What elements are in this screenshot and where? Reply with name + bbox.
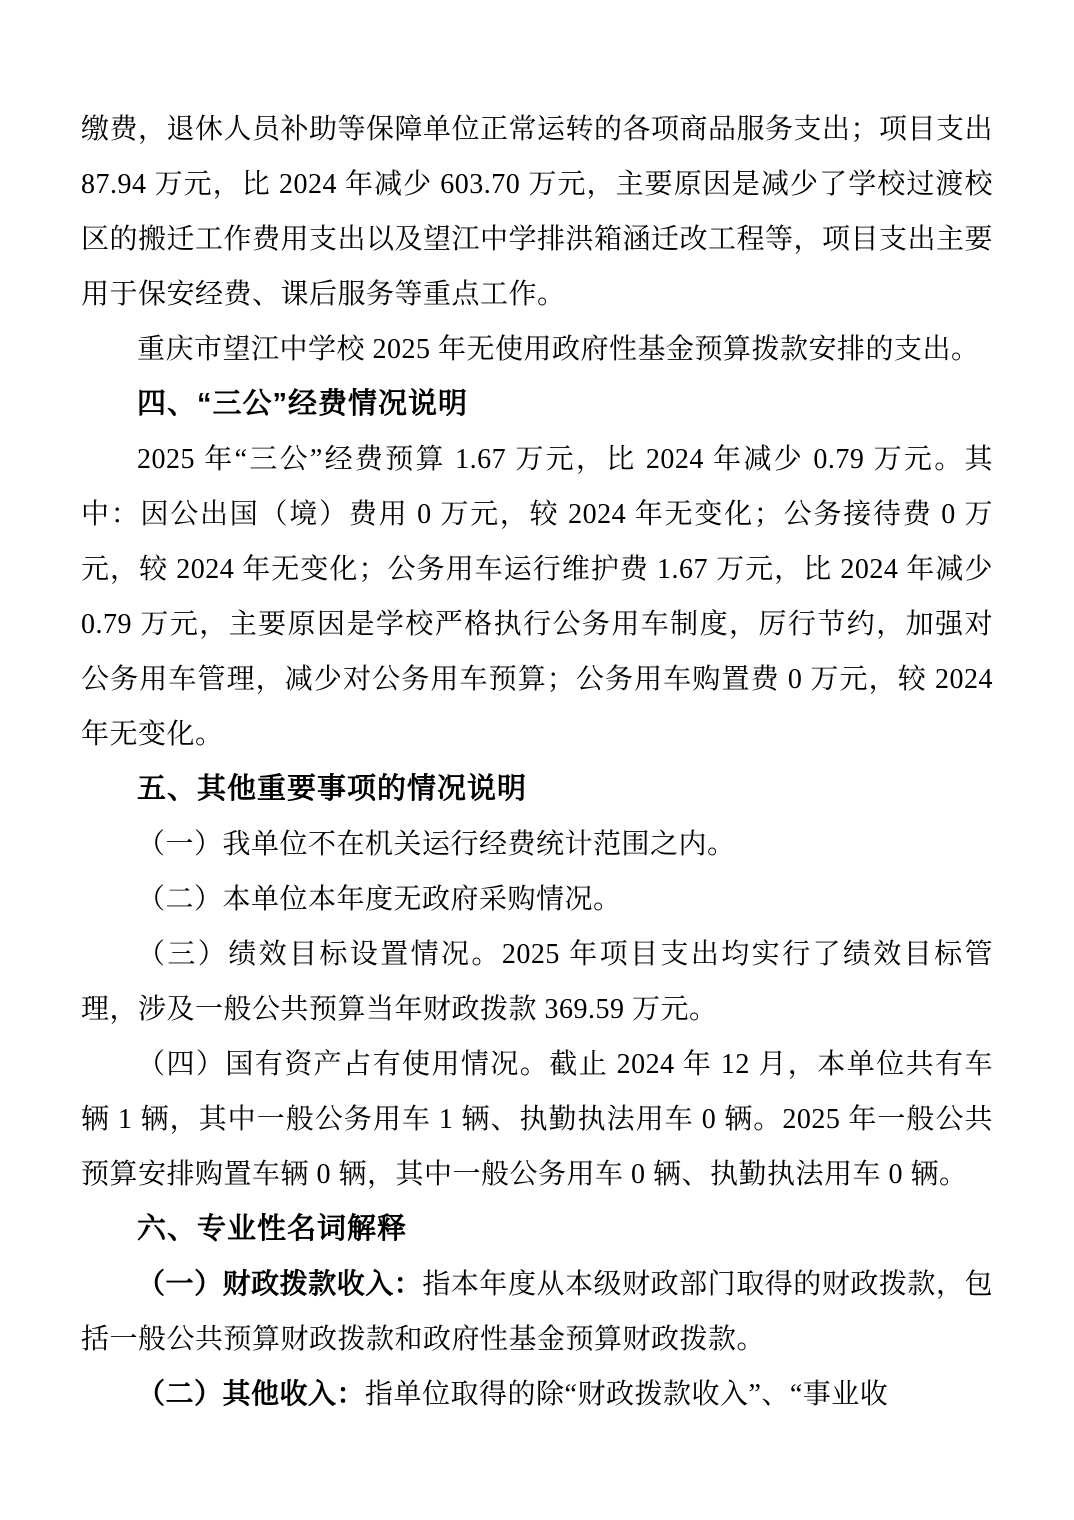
para-three-public-funds-detail: 2025 年“三公”经费预算 1.67 万元，比 2024 年减少 0.79 万…	[81, 432, 993, 762]
term-label-fiscal-appropriation: （一）财政拨款收入：	[137, 1269, 422, 1300]
para-no-gov-procurement: （二）本单位本年度无政府采购情况。	[81, 872, 993, 927]
heading-other-important-matters: 五、其他重要事项的情况说明	[81, 762, 993, 817]
heading-terminology-explanation: 六、专业性名词解释	[81, 1202, 993, 1257]
para-performance-target-setting: （三）绩效目标设置情况。2025 年项目支出均实行了绩效目标管理，涉及一般公共预…	[81, 927, 993, 1037]
para-goods-services-expenditure: 缴费，退休人员补助等保障单位正常运转的各项商品服务支出；项目支出 87.94 万…	[81, 102, 993, 322]
term-definition-other-income: 指单位取得的除“财政拨款收入”、“事业收	[365, 1379, 888, 1410]
document-body: 缴费，退休人员补助等保障单位正常运转的各项商品服务支出；项目支出 87.94 万…	[81, 102, 993, 1422]
term-label-other-income: （二）其他收入：	[137, 1379, 365, 1410]
heading-three-public-funds: 四、“三公”经费情况说明	[81, 377, 993, 432]
para-term-fiscal-appropriation-income: （一）财政拨款收入：指本年度从本级财政部门取得的财政拨款，包括一般公共预算财政拨…	[81, 1257, 993, 1367]
para-no-gov-fund-budget-expenditure: 重庆市望江中学校 2025 年无使用政府性基金预算拨款安排的支出。	[81, 322, 993, 377]
document-page: { "page": { "background_color": "#ffffff…	[0, 0, 1074, 1520]
para-state-owned-assets-usage: （四）国有资产占有使用情况。截止 2024 年 12 月，本单位共有车辆 1 辆…	[81, 1037, 993, 1202]
para-agency-operating-funds-scope: （一）我单位不在机关运行经费统计范围之内。	[81, 817, 993, 872]
para-term-other-income: （二）其他收入：指单位取得的除“财政拨款收入”、“事业收	[81, 1367, 993, 1422]
